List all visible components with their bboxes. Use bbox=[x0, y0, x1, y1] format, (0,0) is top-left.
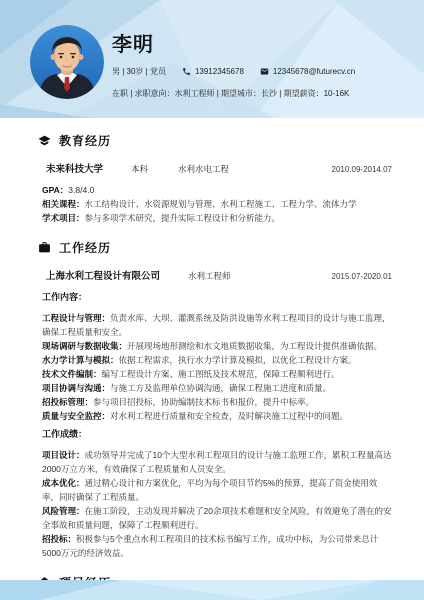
degree: 本科 bbox=[131, 163, 148, 175]
achievement-label: 成本优化： bbox=[42, 478, 85, 488]
avatar-photo-illustration bbox=[30, 25, 104, 99]
duty-item: 项目协调与沟通：与施工方及监理单位协调沟通，确保工程施工进度和质量。 bbox=[42, 381, 392, 395]
achievements-heading: 工作成绩： bbox=[42, 427, 392, 440]
footer-polygon-background bbox=[0, 580, 424, 600]
job-intention-line: 在职 | 求职意向：水利工程师 | 期望城市：长沙 | 期望薪资：10-16K bbox=[112, 88, 349, 99]
detail-text: 水工结构设计、水资源规划与管理、水利工程施工、工程力学、流体力学 bbox=[85, 199, 357, 209]
achievement-text: 成功领导并完成了10个大型水利工程项目的设计与施工监理工作，累积工程量高达200… bbox=[42, 450, 391, 474]
resume-page: 李明 男 | 30岁 | 党员 13912345678 12345678@fut… bbox=[0, 0, 424, 600]
duty-text: 编写工程设计方案、施工图纸及技术规范，保障工程顺利进行。 bbox=[102, 369, 340, 379]
briefcase-icon bbox=[38, 241, 51, 254]
duty-text: 参与项目招投标，协助编制技术标书和报价，提升中标率。 bbox=[93, 397, 314, 407]
detail-label: 学术项目： bbox=[42, 213, 85, 223]
work-section-header: 工作经历 bbox=[38, 239, 392, 256]
major: 水利水电工程 bbox=[178, 163, 229, 175]
achievement-item: 招投标：积极参与5个重点水利工程项目的技术标书编写工作，成功中标，为公司带来总计… bbox=[42, 532, 392, 560]
duty-label: 水力学计算与模拟： bbox=[42, 355, 119, 365]
company-name: 上海水利工程设计有限公司 bbox=[46, 268, 160, 282]
avatar bbox=[30, 25, 104, 99]
duty-text: 依据工程需求，执行水力学计算及模拟，以优化工程设计方案。 bbox=[119, 355, 357, 365]
achievement-item: 成本优化：通过精心设计和方案优化，平均为每个项目节约5%的预算，提高了资金使用效… bbox=[42, 476, 392, 504]
basic-info: 男 | 30岁 | 党员 bbox=[112, 66, 166, 77]
duties-heading: 工作内容： bbox=[42, 290, 392, 303]
achievement-text: 通过精心设计和方案优化，平均为每个项目节约5%的预算，提高了资金使用效率，同时确… bbox=[42, 478, 377, 502]
footer-band bbox=[0, 580, 424, 600]
duty-label: 质量与安全监控： bbox=[42, 411, 110, 421]
candidate-name: 李明 bbox=[112, 28, 154, 57]
duty-text: 对水利工程进行质量和安全检查，及时解决施工过程中的问题。 bbox=[110, 411, 348, 421]
detail-text: 3.8/4.0 bbox=[68, 185, 94, 195]
duty-label: 技术文件编制： bbox=[42, 369, 102, 379]
education-entry-row: 未来科技大学 本科 水利水电工程 2010.09-2014.07 bbox=[46, 161, 392, 175]
phone-icon bbox=[182, 67, 191, 76]
duty-label: 现场调研与数据收集： bbox=[42, 341, 127, 351]
resume-body: 教育经历 未来科技大学 本科 水利水电工程 2010.09-2014.07 GP… bbox=[0, 118, 424, 591]
duty-text: 开展现场地形测绘和水文地质数据收集，为工程设计提供准确依据。 bbox=[127, 341, 382, 351]
duty-text: 与施工方及监理单位协调沟通，确保工程施工进度和质量。 bbox=[110, 383, 331, 393]
education-detail-courses: 相关课程：水工结构设计、水资源规划与管理、水利工程施工、工程力学、流体力学 bbox=[42, 197, 392, 211]
duty-item: 水力学计算与模拟：依据工程需求，执行水力学计算及模拟，以优化工程设计方案。 bbox=[42, 353, 392, 367]
section-title-education: 教育经历 bbox=[59, 132, 111, 149]
education-detail-academic: 学术项目：参与多项学术研究，提升实际工程设计和分析能力。 bbox=[42, 211, 392, 225]
detail-label: 相关课程： bbox=[42, 199, 85, 209]
work-section: 工作经历 上海水利工程设计有限公司 水利工程师 2015.07-2020.01 … bbox=[38, 239, 392, 560]
duty-item: 现场调研与数据收集：开展现场地形测绘和水文地质数据收集，为工程设计提供准确依据。 bbox=[42, 339, 392, 353]
contact-line: 男 | 30岁 | 党员 13912345678 12345678@future… bbox=[112, 66, 365, 77]
resume-header: 李明 男 | 30岁 | 党员 13912345678 12345678@fut… bbox=[0, 0, 424, 118]
achievement-label: 项目设计： bbox=[42, 450, 85, 460]
education-detail-gpa: GPA：3.8/4.0 bbox=[42, 183, 392, 197]
work-entry-row: 上海水利工程设计有限公司 水利工程师 2015.07-2020.01 bbox=[46, 268, 392, 282]
detail-label: GPA： bbox=[42, 185, 68, 195]
achievement-item: 风险管理：在施工阶段，主动发现并解决了20余项技术难题和安全风险，有效避免了潜在… bbox=[42, 504, 392, 532]
duty-item: 质量与安全监控：对水利工程进行质量和安全检查，及时解决施工过程中的问题。 bbox=[42, 409, 392, 423]
duty-item: 招投标管理：参与项目招投标，协助编制技术标书和报价，提升中标率。 bbox=[42, 395, 392, 409]
email-icon bbox=[260, 67, 269, 76]
duty-item: 工程设计与管理：负责水库、大坝、灌溉系统及防洪设施等水利工程项目的设计与施工监理… bbox=[42, 311, 392, 339]
email-address: 12345678@futurecv.cn bbox=[273, 67, 355, 76]
achievement-label: 招投标： bbox=[42, 534, 76, 544]
duty-item: 技术文件编制：编写工程设计方案、施工图纸及技术规范，保障工程顺利进行。 bbox=[42, 367, 392, 381]
job-position: 水利工程师 bbox=[188, 270, 231, 282]
work-dates: 2015.07-2020.01 bbox=[332, 272, 393, 281]
duty-label: 工程设计与管理： bbox=[42, 313, 110, 323]
education-dates: 2010.09-2014.07 bbox=[332, 165, 393, 174]
section-title-work: 工作经历 bbox=[59, 239, 111, 256]
achievement-item: 项目设计：成功领导并完成了10个大型水利工程项目的设计与施工监理工作，累积工程量… bbox=[42, 448, 392, 476]
education-section-header: 教育经历 bbox=[38, 132, 392, 149]
achievement-text: 在施工阶段，主动发现并解决了20余项技术难题和安全风险，有效避免了潜在的安全事故… bbox=[42, 506, 391, 530]
duty-label: 招投标管理： bbox=[42, 397, 93, 407]
detail-text: 参与多项学术研究，提升实际工程设计和分析能力。 bbox=[85, 213, 281, 223]
school-name: 未来科技大学 bbox=[46, 161, 103, 175]
duty-label: 项目协调与沟通： bbox=[42, 383, 110, 393]
education-section: 教育经历 未来科技大学 本科 水利水电工程 2010.09-2014.07 GP… bbox=[38, 132, 392, 225]
achievement-text: 积极参与5个重点水利工程项目的技术标书编写工作，成功中标，为公司带来总计5000… bbox=[42, 534, 378, 558]
phone-number: 13912345678 bbox=[195, 67, 244, 76]
achievement-label: 风险管理： bbox=[42, 506, 85, 516]
graduation-cap-icon bbox=[38, 134, 51, 147]
